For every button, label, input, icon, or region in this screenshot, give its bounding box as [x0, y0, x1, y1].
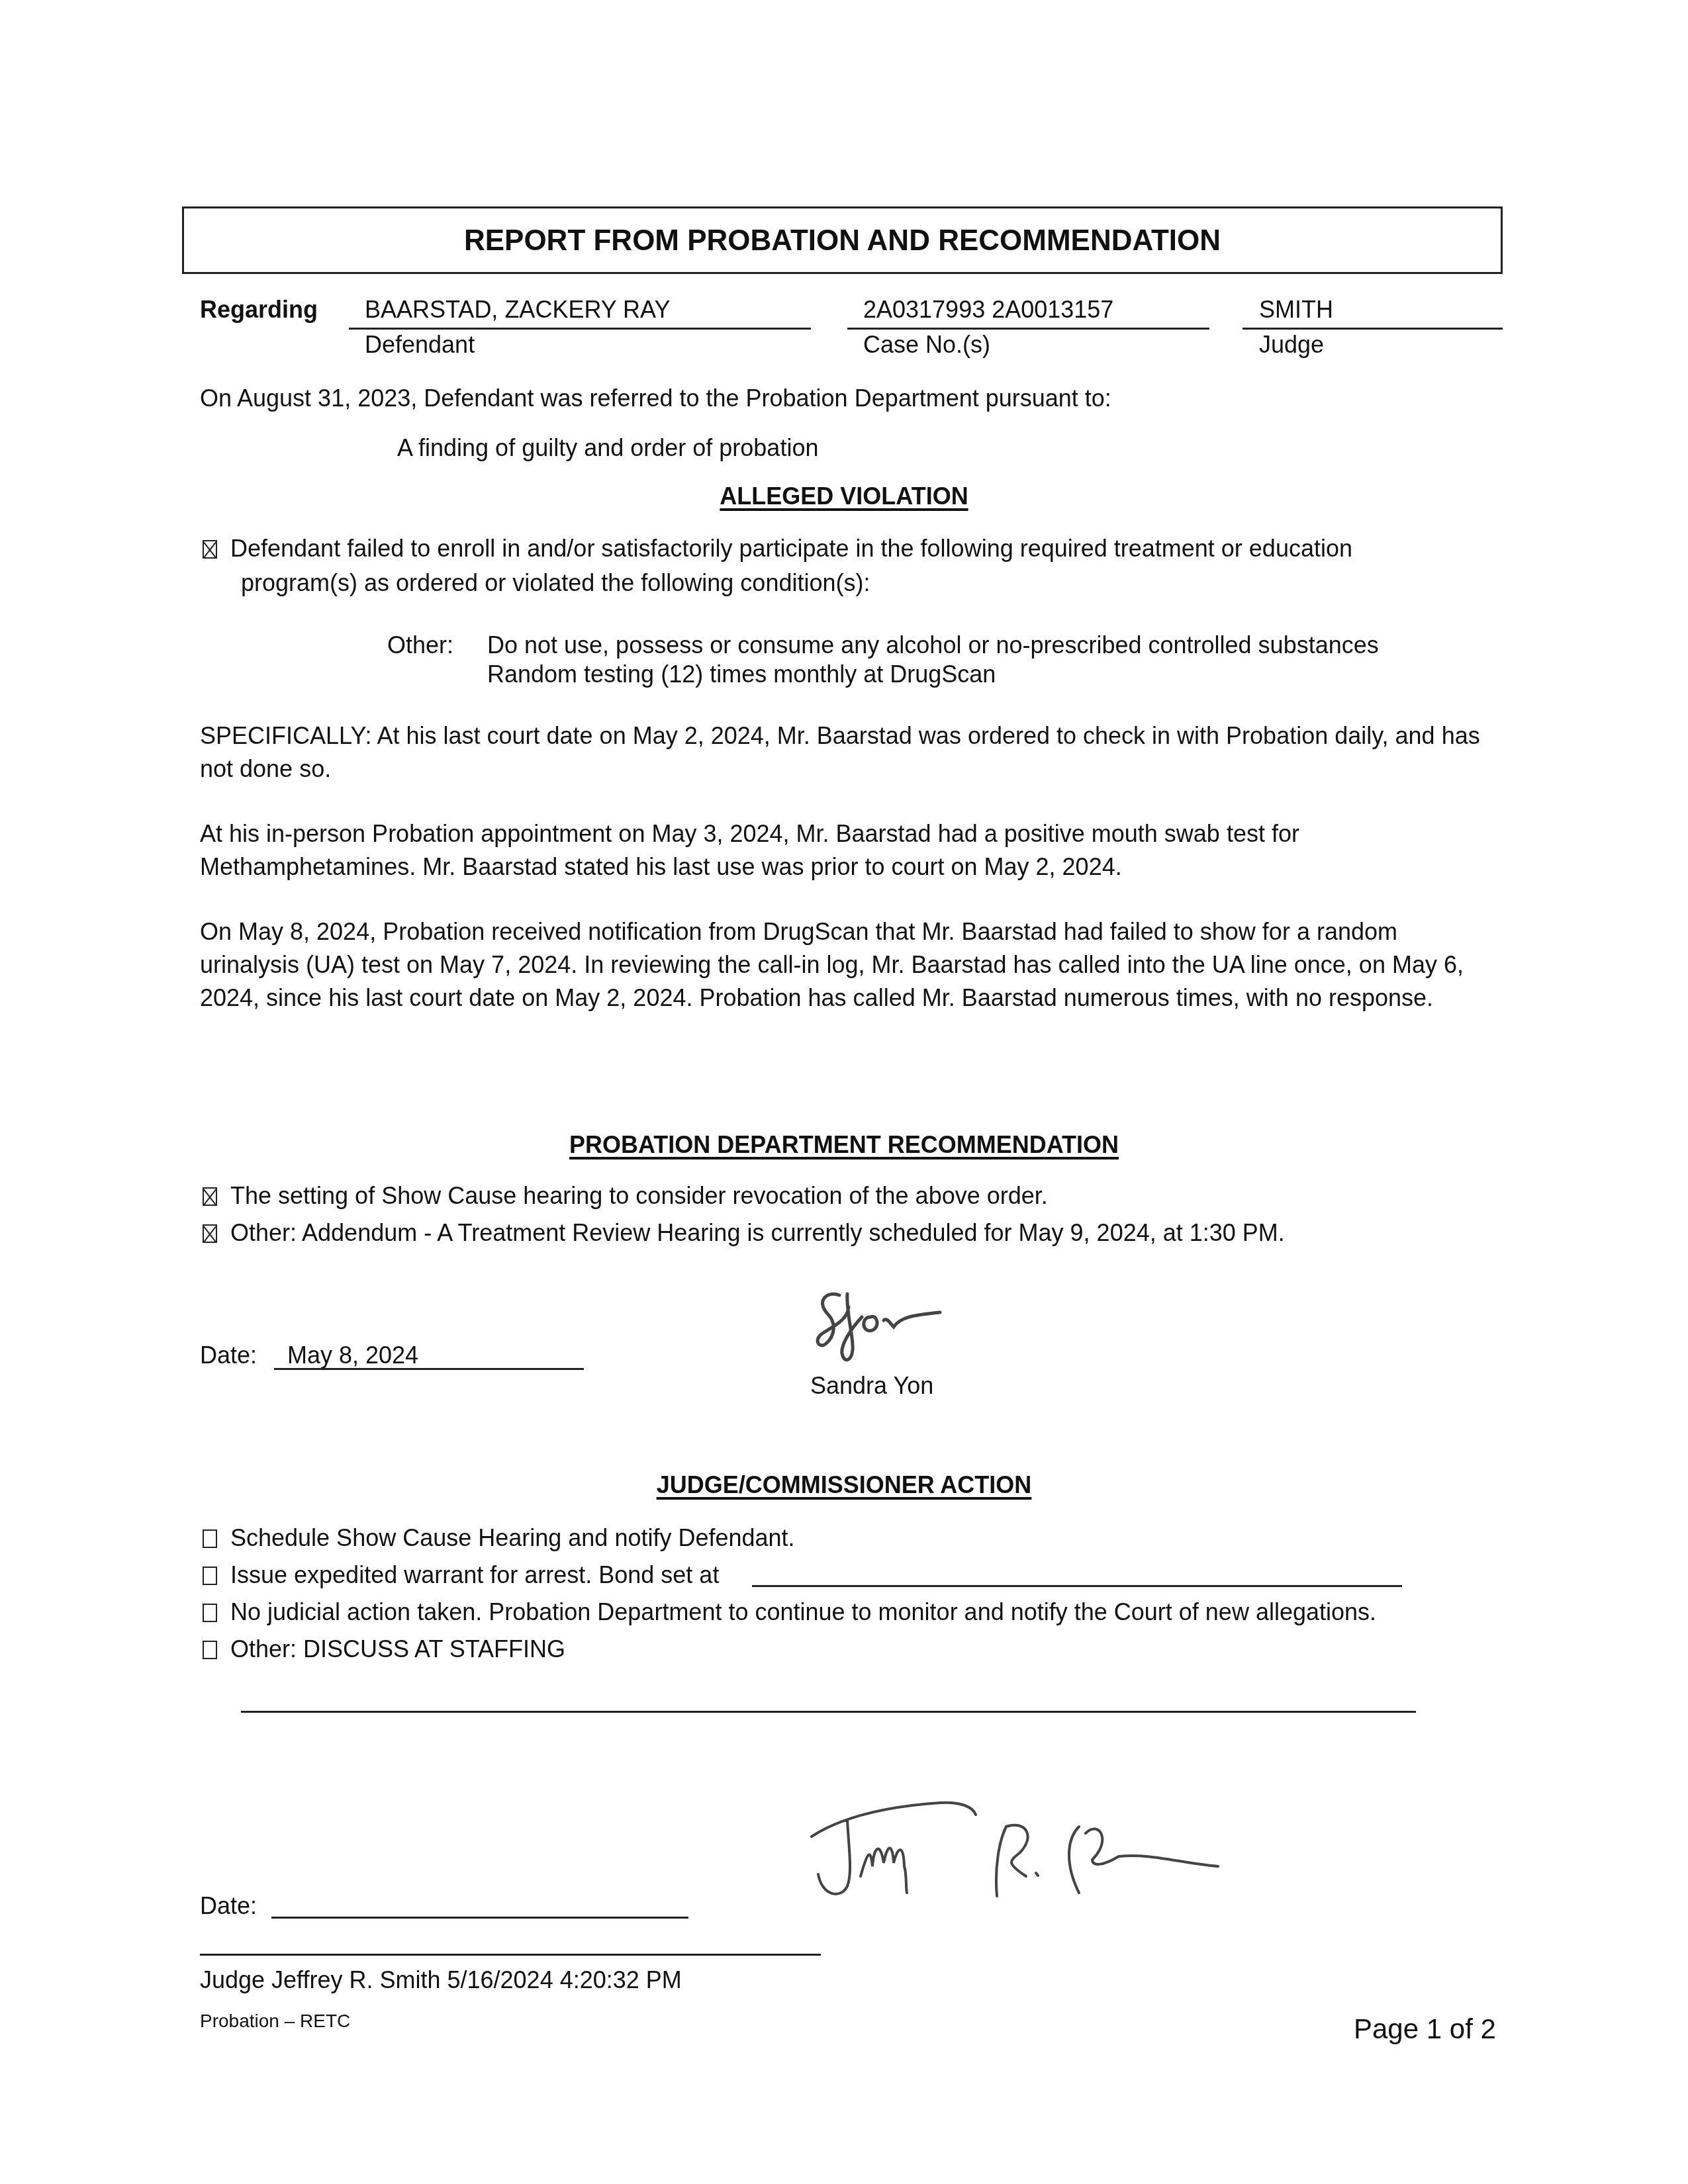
case-number-underline	[847, 328, 1209, 330]
page-title: REPORT FROM PROBATION AND RECOMMENDATION	[184, 224, 1501, 257]
recommendation-heading: PROBATION DEPARTMENT RECOMMENDATION	[0, 1130, 1688, 1160]
judge-action-item-4-text: Other: DISCUSS AT STAFFING	[230, 1635, 565, 1662]
recommendation-checkbox-2[interactable]	[203, 1224, 217, 1243]
recommendation-item-2-text: Other: Addendum - A Treatment Review Hea…	[230, 1219, 1285, 1246]
other-condition-2: Random testing (12) times monthly at Dru…	[487, 660, 996, 689]
judge-value[interactable]: SMITH	[1259, 295, 1333, 324]
defendant-underline	[349, 328, 811, 330]
recommendation-item-1-text: The setting of Show Cause hearing to con…	[230, 1182, 1048, 1209]
judge-action-heading: JUDGE/COMMISSIONER ACTION	[0, 1471, 1688, 1500]
judge-action-checkbox-4[interactable]	[203, 1641, 217, 1659]
judge-date-label: Date:	[200, 1891, 257, 1921]
violation-checkbox[interactable]	[203, 540, 217, 559]
other-condition-1: Do not use, possess or consume any alcoh…	[487, 631, 1379, 660]
signer-name: Sandra Yon	[810, 1371, 933, 1400]
judge-signature	[808, 1800, 1350, 1919]
recommendation-date-label: Date:	[200, 1341, 257, 1370]
bond-amount-field[interactable]	[752, 1585, 1402, 1587]
recommendation-date-underline	[274, 1368, 584, 1370]
judge-signature-line	[200, 1954, 821, 1956]
referral-basis: A finding of guilty and order of probati…	[397, 433, 818, 463]
judge-date-field[interactable]	[271, 1917, 688, 1919]
defendant-value[interactable]: BAARSTAD, ZACKERY RAY	[365, 295, 670, 324]
violation-item-line2: program(s) as ordered or violated the fo…	[241, 569, 870, 598]
case-number-value[interactable]: 2A0317993 2A0013157	[863, 295, 1113, 324]
judge-action-item-4: Other: DISCUSS AT STAFFING	[203, 1635, 565, 1664]
sandra-yon-signature	[808, 1287, 1046, 1367]
recommendation-item-2: Other: Addendum - A Treatment Review Hea…	[203, 1218, 1285, 1248]
judge-action-item-3-text: No judicial action taken. Probation Depa…	[230, 1598, 1376, 1625]
violation-item-line1: Defendant failed to enroll in and/or sat…	[230, 535, 1352, 562]
regarding-label: Regarding	[200, 295, 318, 324]
judge-signature-caption: Judge Jeffrey R. Smith 5/16/2024 4:20:32…	[200, 1966, 682, 1995]
alleged-violation-heading-text: ALLEGED VIOLATION	[720, 482, 968, 510]
judge-underline	[1243, 328, 1503, 330]
recommendation-date-value[interactable]: May 8, 2024	[287, 1341, 418, 1370]
judge-action-item-2-text: Issue expedited warrant for arrest. Bond…	[230, 1561, 719, 1588]
judge-label: Judge	[1259, 330, 1324, 359]
alleged-violation-heading: ALLEGED VIOLATION	[0, 482, 1688, 511]
specifics-paragraph-2: At his in-person Probation appointment o…	[200, 817, 1497, 884]
judge-action-checkbox-3[interactable]	[203, 1604, 217, 1622]
other-conditions-label: Other:	[387, 631, 453, 660]
specifics-paragraph-1: SPECIFICALLY: At his last court date on …	[200, 719, 1497, 786]
judge-action-checkbox-2[interactable]	[203, 1567, 217, 1585]
form-id: Probation – RETC	[200, 2011, 350, 2032]
violation-item: Defendant failed to enroll in and/or sat…	[203, 534, 1352, 563]
judge-action-item-1-text: Schedule Show Cause Hearing and notify D…	[230, 1524, 795, 1551]
recommendation-item-1: The setting of Show Cause hearing to con…	[203, 1181, 1048, 1210]
judge-action-item-3: No judicial action taken. Probation Depa…	[203, 1598, 1376, 1627]
case-number-label: Case No.(s)	[863, 330, 990, 359]
specifics-paragraph-3: On May 8, 2024, Probation received notif…	[200, 915, 1497, 1015]
referral-intro: On August 31, 2023, Defendant was referr…	[200, 384, 1111, 413]
page-number: Page 1 of 2	[1354, 2013, 1496, 2045]
defendant-label: Defendant	[365, 330, 475, 359]
judge-action-item-1: Schedule Show Cause Hearing and notify D…	[203, 1524, 795, 1553]
title-box: REPORT FROM PROBATION AND RECOMMENDATION	[182, 206, 1503, 274]
judge-action-checkbox-1[interactable]	[203, 1529, 217, 1548]
judge-action-item-2: Issue expedited warrant for arrest. Bond…	[203, 1561, 719, 1590]
judge-action-heading-text: JUDGE/COMMISSIONER ACTION	[657, 1471, 1032, 1498]
recommendation-heading-text: PROBATION DEPARTMENT RECOMMENDATION	[569, 1131, 1119, 1158]
recommendation-checkbox-1[interactable]	[203, 1187, 217, 1206]
judge-notes-line[interactable]	[241, 1711, 1416, 1713]
